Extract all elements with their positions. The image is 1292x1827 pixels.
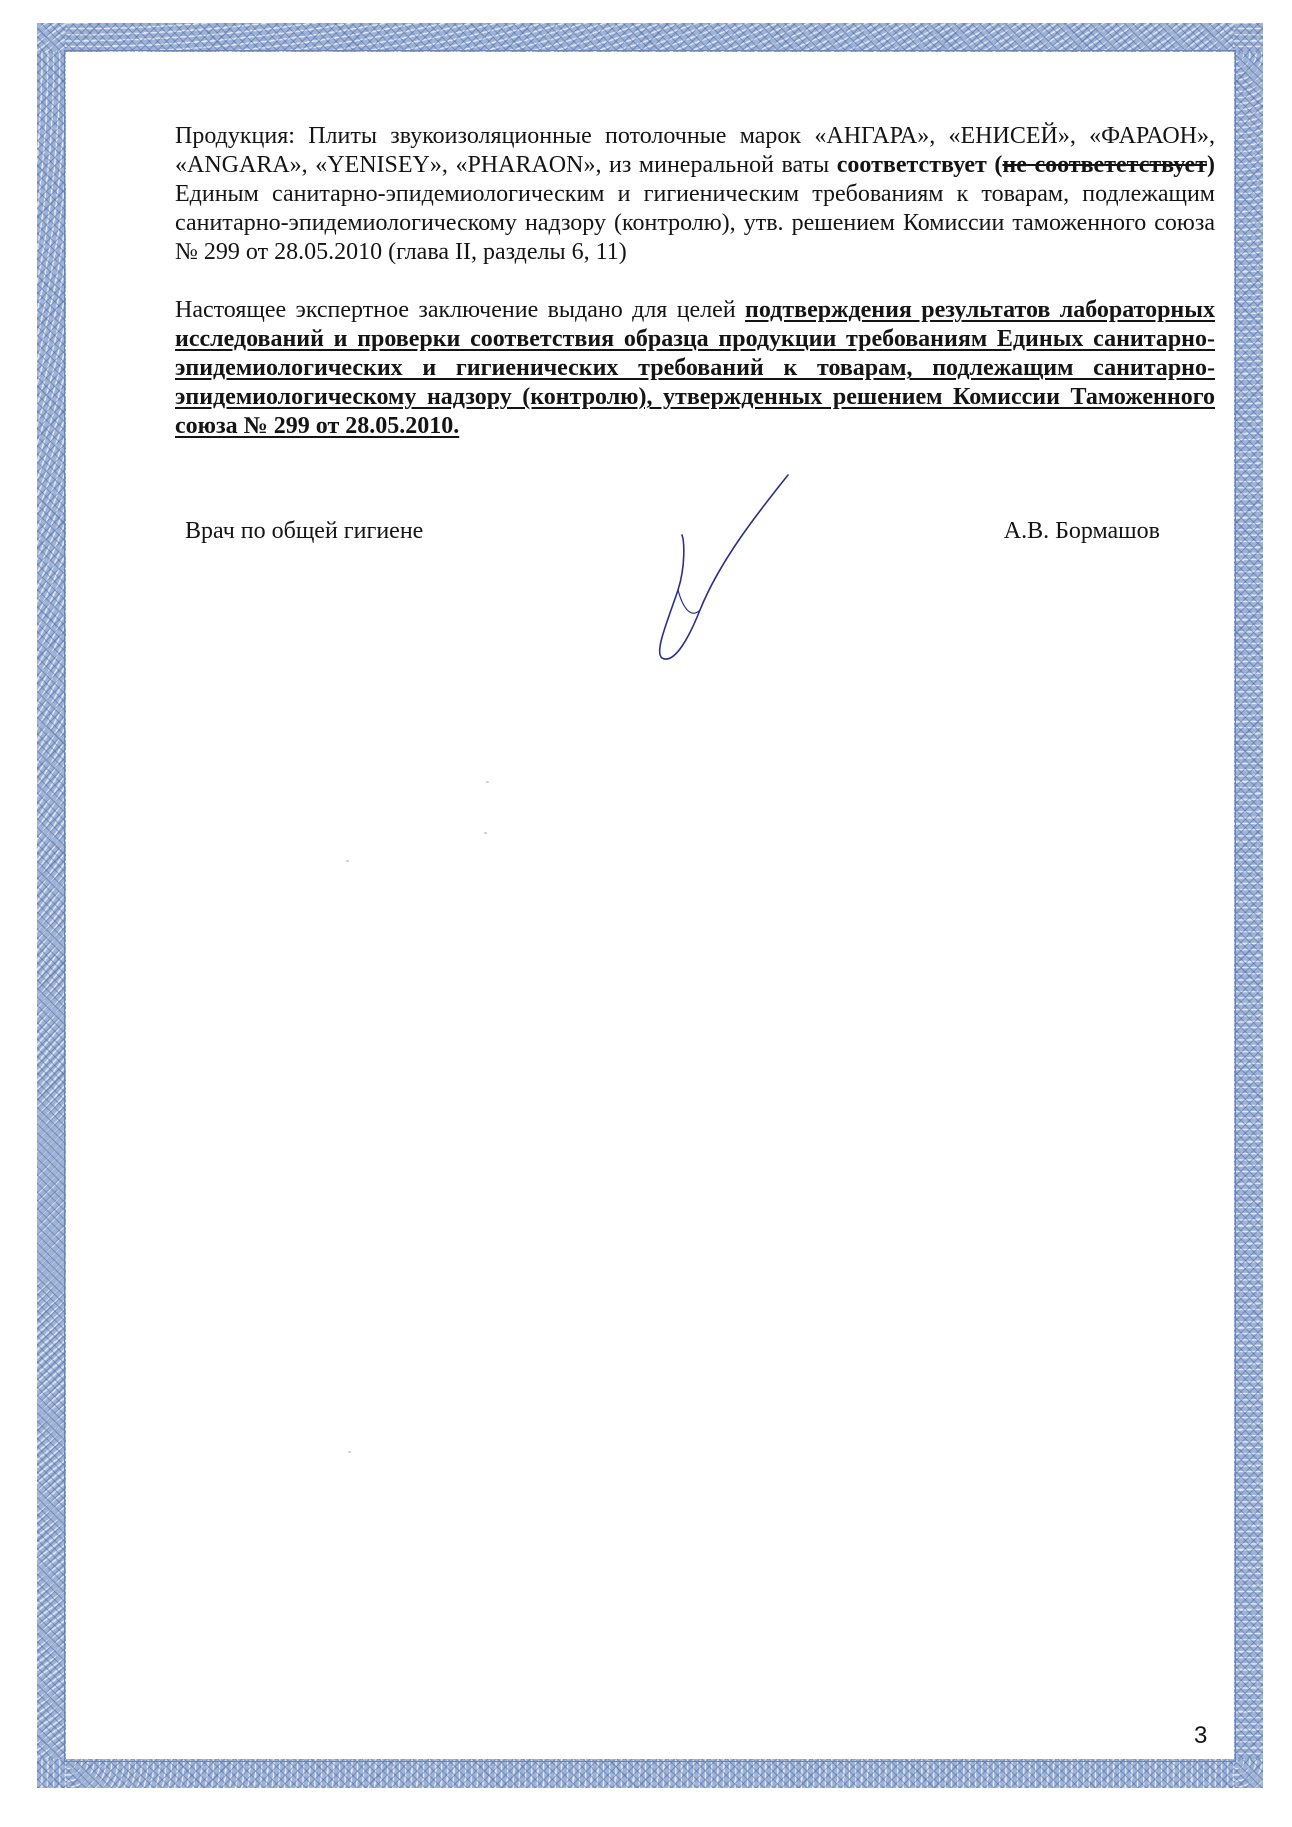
- signer-position: Врач по общей гигиене: [185, 518, 423, 545]
- scan-speck: [346, 860, 349, 862]
- paren-close: ): [1207, 152, 1215, 178]
- document-body: Продукция: Плиты звукоизоляционные потол…: [175, 122, 1215, 441]
- signer-name: А.В. Бормашов: [1004, 518, 1160, 545]
- product-conformity-paragraph: Продукция: Плиты звукоизоляционные потол…: [175, 122, 1215, 267]
- conclusion-purpose-paragraph: Настоящее экспертное заключение выдано д…: [175, 296, 1215, 441]
- conclusion-intro-text: Настоящее экспертное заключение выдано д…: [175, 297, 745, 323]
- requirements-reference-text: Единым санитарно-эпидемиологическим и ги…: [175, 181, 1215, 265]
- page-number: 3: [1194, 1722, 1207, 1750]
- scan-speck: [486, 781, 489, 783]
- paren-open: (: [987, 152, 1003, 178]
- handwritten-signature: [620, 470, 800, 670]
- not-conforms-strikethrough: не соответетствует: [1002, 152, 1207, 178]
- scan-speck: [348, 1451, 351, 1453]
- conforms-label: соответствует: [837, 152, 987, 178]
- scan-speck: [484, 832, 487, 834]
